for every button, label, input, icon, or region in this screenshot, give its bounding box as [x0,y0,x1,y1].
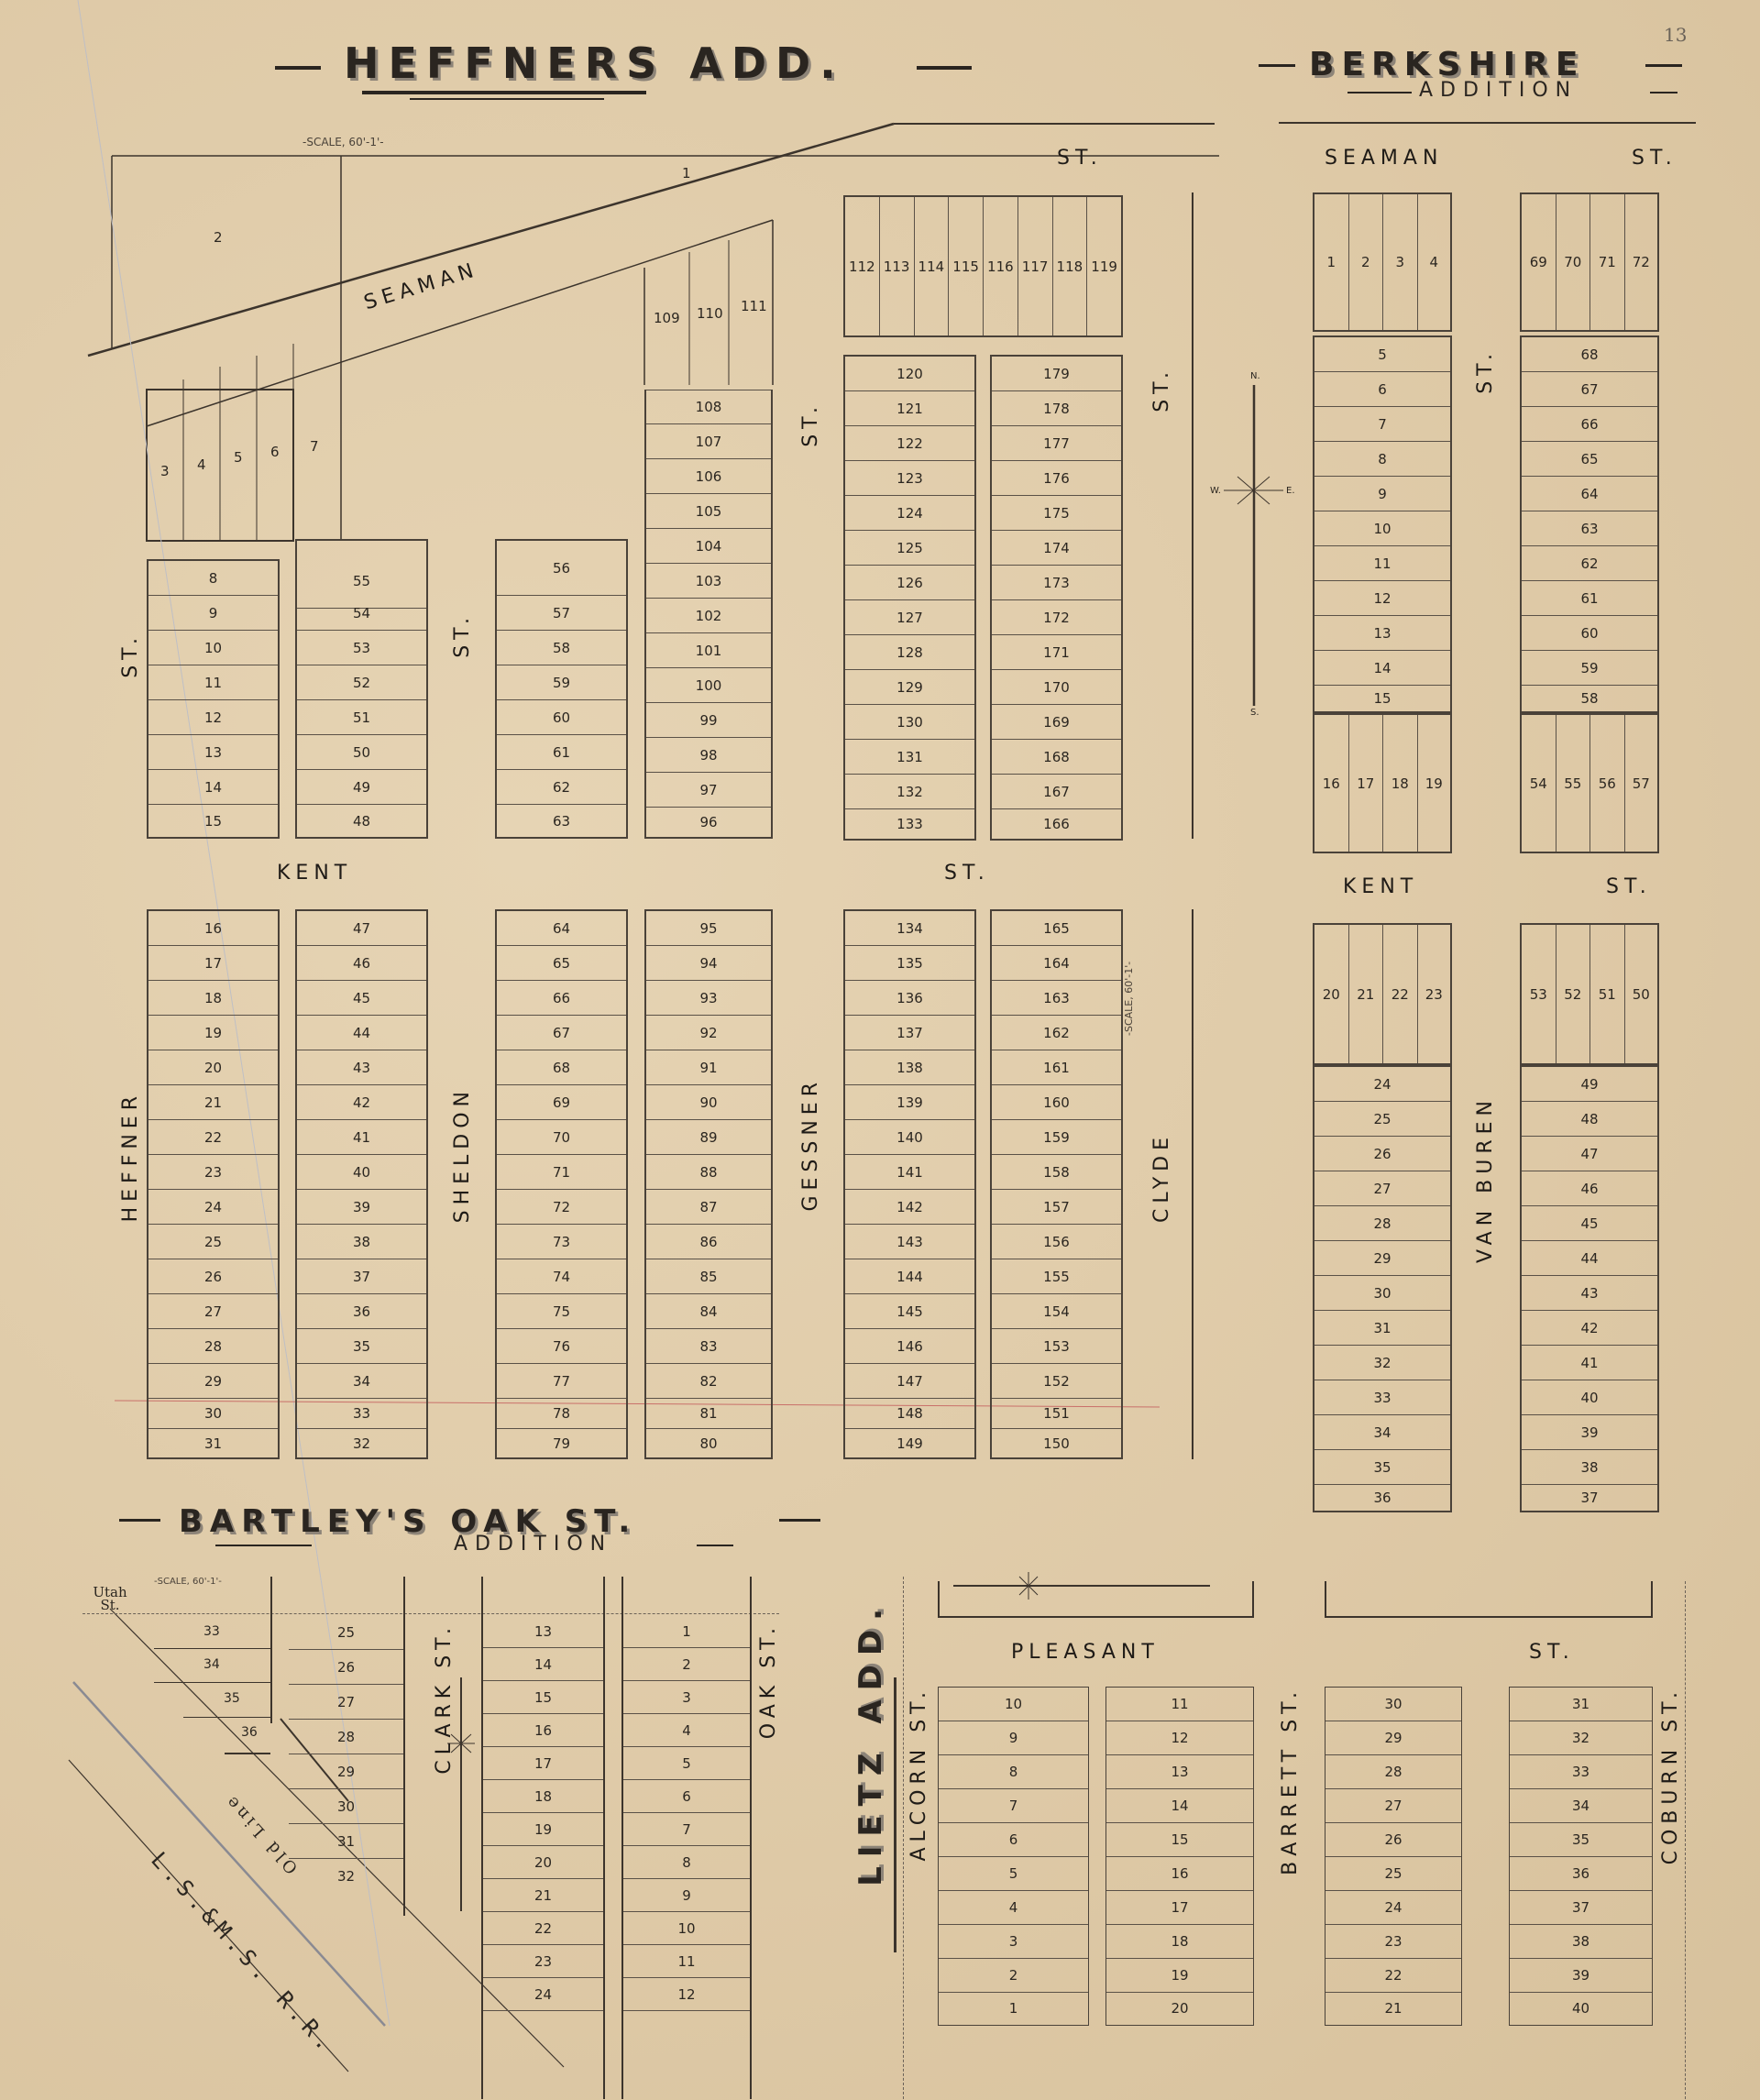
lot[interactable]: 147 [845,1364,974,1399]
lot[interactable]: 60 [497,700,626,735]
lot[interactable]: 16 [1314,715,1349,852]
lot[interactable]: 29 [148,1364,278,1399]
lot[interactable]: 149 [845,1429,974,1457]
lot[interactable]: 13 [1314,616,1450,651]
lot[interactable]: 8 [148,561,278,596]
lot-109[interactable]: 109 [654,310,680,326]
lot[interactable]: 36 [1314,1485,1450,1511]
lot[interactable]: 61 [1522,581,1657,616]
lot[interactable]: 20 [148,1050,278,1085]
lot[interactable]: 114 [915,197,950,335]
lot[interactable]: 26 [289,1650,403,1685]
lot[interactable]: 168 [992,740,1121,775]
lot[interactable]: 129 [845,670,974,705]
lot[interactable]: 86 [646,1225,771,1259]
lot[interactable]: 20 [1106,1993,1253,2024]
lot[interactable]: 10 [623,1912,750,1945]
lot[interactable]: 22 [1383,925,1418,1063]
lot[interactable]: 28 [148,1329,278,1364]
lot[interactable]: 36 [1510,1857,1652,1891]
lot[interactable]: 23 [1418,925,1451,1063]
lot[interactable]: 142 [845,1190,974,1225]
lot[interactable]: 40 [297,1155,426,1190]
lot[interactable]: 169 [992,705,1121,740]
lot[interactable]: 58 [497,631,626,665]
lot[interactable]: 118 [1053,197,1088,335]
lot[interactable]: 11 [623,1945,750,1978]
lot[interactable]: 96 [646,808,771,837]
lot[interactable]: 69 [1522,194,1556,330]
lot[interactable]: 116 [984,197,1018,335]
lot[interactable]: 35 [297,1329,426,1364]
lot[interactable]: 3 [1383,194,1418,330]
lot[interactable]: 160 [992,1085,1121,1120]
lot[interactable]: 6 [1314,372,1450,407]
lot[interactable]: 2 [939,1959,1088,1993]
lot[interactable]: 50 [1625,925,1658,1063]
lot[interactable]: 6 [623,1780,750,1813]
lot[interactable]: 74 [497,1259,626,1294]
lot[interactable]: 39 [1522,1415,1657,1450]
lot[interactable]: 75 [497,1294,626,1329]
lot[interactable]: 121 [845,391,974,426]
lot[interactable]: 30 [1325,1688,1461,1721]
lot[interactable]: 37 [1522,1485,1657,1511]
lot[interactable]: 45 [1522,1206,1657,1241]
lot[interactable]: 163 [992,981,1121,1016]
lot[interactable]: 68 [497,1050,626,1085]
lot[interactable]: 87 [646,1190,771,1225]
lot[interactable]: 8 [623,1846,750,1879]
lot[interactable]: 50 [297,735,426,770]
lot[interactable]: 79 [497,1429,626,1457]
lot[interactable]: 27 [1314,1171,1450,1206]
lot[interactable]: 122 [845,426,974,461]
lot[interactable]: 170 [992,670,1121,705]
lot[interactable]: 92 [646,1016,771,1050]
lot[interactable]: 26 [148,1259,278,1294]
lot[interactable]: 27 [148,1294,278,1329]
lot[interactable]: 66 [1522,407,1657,442]
lot[interactable]: 166 [992,809,1121,839]
lot[interactable]: 23 [483,1945,603,1978]
lot[interactable]: 65 [497,946,626,981]
lot[interactable]: 63 [1522,511,1657,546]
lot[interactable]: 172 [992,600,1121,635]
lot[interactable]: 25 [148,1225,278,1259]
lot[interactable]: 97 [646,773,771,808]
lot[interactable]: 146 [845,1329,974,1364]
lot[interactable]: 20 [1314,925,1349,1063]
lot[interactable]: 34 [1314,1415,1450,1450]
lot[interactable]: 47 [297,911,426,946]
lot[interactable]: 17 [483,1747,603,1780]
lot-111[interactable]: 111 [741,298,767,314]
lot[interactable]: 10 [1314,511,1450,546]
lot[interactable]: 14 [148,770,278,805]
lot-2[interactable]: 2 [214,229,223,246]
lot[interactable]: 77 [497,1364,626,1399]
lot[interactable]: 21 [148,1085,278,1120]
lot[interactable]: 62 [497,770,626,805]
lot[interactable]: 54 [1522,715,1556,852]
lot[interactable]: 148 [845,1399,974,1429]
lot[interactable]: 43 [297,1050,426,1085]
lot[interactable]: 1 [1314,194,1349,330]
lot[interactable]: 37 [297,1259,426,1294]
lot[interactable]: 7 [623,1813,750,1846]
lot[interactable]: 14 [483,1648,603,1681]
lot[interactable]: 52 [297,665,426,700]
lot[interactable]: 23 [148,1155,278,1190]
lot[interactable]: 27 [1325,1789,1461,1823]
lot[interactable]: 43 [1522,1276,1657,1311]
lot[interactable]: 102 [646,599,771,633]
lot[interactable]: 108 [646,390,771,424]
lot[interactable]: 38 [297,1225,426,1259]
lot[interactable]: 57 [1625,715,1658,852]
lot[interactable]: 53 [297,631,426,665]
lot-3[interactable]: 3 [160,463,170,479]
lot[interactable]: 32 [1314,1346,1450,1380]
lot[interactable]: 9 [939,1721,1088,1755]
lot[interactable]: 26 [1325,1823,1461,1857]
lot[interactable]: 30 [148,1399,278,1429]
lot[interactable]: 9 [148,596,278,631]
lot[interactable]: 101 [646,633,771,668]
lot[interactable]: 133 [845,809,974,839]
lot[interactable]: 33 [1510,1755,1652,1789]
lot[interactable]: 106 [646,459,771,494]
lot[interactable]: 62 [1522,546,1657,581]
lot[interactable]: 157 [992,1190,1121,1225]
lot[interactable]: 164 [992,946,1121,981]
lot[interactable]: 22 [1325,1959,1461,1993]
lot[interactable]: 46 [297,946,426,981]
lot[interactable]: 93 [646,981,771,1016]
lot[interactable]: 24 [1325,1891,1461,1925]
lot[interactable]: 138 [845,1050,974,1085]
lot[interactable]: 80 [646,1429,771,1457]
lot[interactable]: 16 [1106,1857,1253,1891]
lot[interactable]: 12 [148,700,278,735]
lot[interactable]: 83 [646,1329,771,1364]
lot[interactable]: 56 [1590,715,1625,852]
lot[interactable]: 38 [1510,1925,1652,1959]
lot[interactable]: 27 [289,1685,403,1720]
lot-34[interactable]: 34 [203,1657,220,1672]
lot[interactable]: 11 [1106,1688,1253,1721]
lot[interactable]: 41 [297,1120,426,1155]
lot[interactable]: 2 [623,1648,750,1681]
lot[interactable]: 115 [949,197,984,335]
lot[interactable]: 134 [845,911,974,946]
lot[interactable]: 42 [297,1085,426,1120]
lot[interactable]: 49 [1522,1067,1657,1102]
lot[interactable]: 38 [1522,1450,1657,1485]
lot[interactable]: 21 [1349,925,1384,1063]
lot[interactable]: 72 [497,1190,626,1225]
lot[interactable]: 88 [646,1155,771,1190]
lot[interactable]: 95 [646,911,771,946]
lot[interactable]: 31 [1314,1311,1450,1346]
lot[interactable]: 4 [623,1714,750,1747]
lot[interactable]: 103 [646,564,771,599]
lot[interactable]: 39 [1510,1959,1652,1993]
lot[interactable]: 167 [992,775,1121,809]
lot[interactable]: 117 [1018,197,1053,335]
lot[interactable]: 94 [646,946,771,981]
lot[interactable]: 18 [1106,1925,1253,1959]
lot[interactable]: 49 [297,770,426,805]
lot[interactable]: 34 [1510,1789,1652,1823]
lot[interactable]: 30 [289,1789,403,1824]
lot[interactable]: 59 [497,665,626,700]
lot[interactable]: 23 [1325,1925,1461,1959]
lot[interactable]: 132 [845,775,974,809]
lot[interactable]: 84 [646,1294,771,1329]
lot[interactable]: 98 [646,738,771,773]
lot[interactable]: 13 [1106,1755,1253,1789]
lot[interactable]: 123 [845,461,974,496]
lot[interactable]: 150 [992,1429,1121,1457]
lot[interactable]: 91 [646,1050,771,1085]
lot[interactable]: 173 [992,566,1121,600]
lot[interactable]: 140 [845,1120,974,1155]
lot[interactable]: 124 [845,496,974,531]
lot-1[interactable]: 1 [682,165,691,181]
lot[interactable]: 51 [297,700,426,735]
lot[interactable]: 42 [1522,1311,1657,1346]
lot[interactable]: 21 [483,1879,603,1912]
lot[interactable]: 4 [1418,194,1451,330]
lot-110[interactable]: 110 [697,305,723,322]
lot[interactable]: 45 [297,981,426,1016]
lot[interactable]: 10 [939,1688,1088,1721]
lot[interactable]: 15 [148,805,278,838]
lot[interactable]: 14 [1314,651,1450,686]
lot[interactable]: 9 [623,1879,750,1912]
lot[interactable]: 1 [939,1993,1088,2024]
lot[interactable]: 61 [497,735,626,770]
lot[interactable]: 128 [845,635,974,670]
lot[interactable]: 2 [1349,194,1384,330]
lot[interactable]: 10 [148,631,278,665]
lot[interactable]: 67 [1522,372,1657,407]
lot[interactable]: 22 [483,1912,603,1945]
lot[interactable]: 126 [845,566,974,600]
lot[interactable]: 69 [497,1085,626,1120]
lot[interactable]: 13 [148,735,278,770]
lot[interactable]: 5 [1314,337,1450,372]
lot[interactable]: 155 [992,1259,1121,1294]
lot[interactable]: 141 [845,1155,974,1190]
lot[interactable]: 25 [1325,1857,1461,1891]
lot[interactable]: 7 [939,1789,1088,1823]
lot[interactable]: 28 [289,1720,403,1754]
lot[interactable]: 54 [297,596,426,631]
lot[interactable]: 7 [1314,407,1450,442]
lot[interactable]: 100 [646,668,771,703]
lot[interactable]: 24 [483,1978,603,2011]
lot[interactable]: 59 [1522,651,1657,686]
lot-33[interactable]: 33 [203,1624,220,1639]
lot[interactable]: 107 [646,424,771,459]
lot[interactable]: 8 [1314,442,1450,477]
lot[interactable]: 72 [1625,194,1658,330]
lot[interactable]: 131 [845,740,974,775]
lot[interactable]: 40 [1510,1993,1652,2024]
lot[interactable]: 19 [483,1813,603,1846]
lot-7[interactable]: 7 [310,438,319,455]
lot[interactable]: 34 [297,1364,426,1399]
lot[interactable]: 36 [297,1294,426,1329]
lot[interactable]: 24 [148,1190,278,1225]
lot[interactable]: 53 [1522,925,1556,1063]
lot[interactable]: 4 [939,1891,1088,1925]
lot[interactable]: 21 [1325,1993,1461,2024]
lot[interactable]: 179 [992,357,1121,391]
lot[interactable]: 13 [483,1615,603,1648]
lot[interactable]: 71 [1590,194,1625,330]
lot[interactable]: 19 [1106,1959,1253,1993]
lot[interactable]: 32 [1510,1721,1652,1755]
lot[interactable]: 139 [845,1085,974,1120]
lot[interactable]: 18 [483,1780,603,1813]
lot[interactable]: 125 [845,531,974,566]
lot[interactable]: 11 [1314,546,1450,581]
lot[interactable]: 12 [623,1978,750,2011]
lot[interactable]: 178 [992,391,1121,426]
lot[interactable]: 162 [992,1016,1121,1050]
lot[interactable]: 3 [623,1681,750,1714]
lot[interactable]: 19 [1418,715,1451,852]
lot[interactable]: 3 [939,1925,1088,1959]
lot[interactable]: 130 [845,705,974,740]
lot[interactable]: 17 [1349,715,1384,852]
lot[interactable]: 30 [1314,1276,1450,1311]
lot[interactable]: 90 [646,1085,771,1120]
lot[interactable]: 6 [939,1823,1088,1857]
lot[interactable]: 16 [483,1714,603,1747]
lot[interactable]: 19 [148,1016,278,1050]
lot[interactable]: 58 [1522,686,1657,711]
lot[interactable]: 18 [1383,715,1418,852]
lot[interactable]: 44 [297,1016,426,1050]
lot-5[interactable]: 5 [234,449,243,466]
lot[interactable]: 63 [497,805,626,838]
lot[interactable]: 99 [646,703,771,738]
lot[interactable]: 104 [646,529,771,564]
lot[interactable]: 9 [1314,477,1450,511]
lot[interactable]: 14 [1106,1789,1253,1823]
lot[interactable]: 8 [939,1755,1088,1789]
lot-6[interactable]: 6 [270,444,280,460]
lot[interactable]: 29 [1325,1721,1461,1755]
lot[interactable]: 11 [148,665,278,700]
lot[interactable]: 82 [646,1364,771,1399]
lot[interactable]: 171 [992,635,1121,670]
lot[interactable]: 31 [148,1429,278,1457]
lot[interactable]: 165 [992,911,1121,946]
lot[interactable]: 51 [1590,925,1625,1063]
lot[interactable]: 48 [297,805,426,838]
lot[interactable]: 18 [148,981,278,1016]
lot[interactable]: 35 [1314,1450,1450,1485]
lot[interactable]: 89 [646,1120,771,1155]
lot[interactable]: 31 [289,1824,403,1859]
lot[interactable]: 15 [1314,686,1450,711]
lot[interactable]: 48 [1522,1102,1657,1137]
lot[interactable]: 35 [1510,1823,1652,1857]
lot[interactable]: 161 [992,1050,1121,1085]
lot[interactable]: 25 [289,1615,403,1650]
lot[interactable]: 29 [1314,1241,1450,1276]
lot[interactable]: 16 [148,911,278,946]
lot[interactable]: 31 [1510,1688,1652,1721]
lot[interactable]: 46 [1522,1171,1657,1206]
lot[interactable]: 29 [289,1754,403,1789]
lot[interactable]: 127 [845,600,974,635]
lot[interactable]: 12 [1314,581,1450,616]
lot[interactable]: 65 [1522,442,1657,477]
lot[interactable]: 55 [1556,715,1591,852]
lot[interactable]: 17 [1106,1891,1253,1925]
lot[interactable]: 44 [1522,1241,1657,1276]
lot[interactable]: 105 [646,494,771,529]
lot[interactable]: 177 [992,426,1121,461]
lot-36[interactable]: 36 [241,1725,258,1740]
lot[interactable]: 153 [992,1329,1121,1364]
lot[interactable]: 71 [497,1155,626,1190]
lot[interactable]: 28 [1314,1206,1450,1241]
lot[interactable]: 24 [1314,1067,1450,1102]
lot[interactable]: 159 [992,1120,1121,1155]
lot[interactable]: 66 [497,981,626,1016]
lot-35[interactable]: 35 [224,1691,240,1706]
lot[interactable]: 176 [992,461,1121,496]
lot[interactable]: 135 [845,946,974,981]
lot[interactable]: 175 [992,496,1121,531]
lot[interactable]: 52 [1556,925,1591,1063]
lot[interactable]: 25 [1314,1102,1450,1137]
lot[interactable]: 26 [1314,1137,1450,1171]
lot[interactable]: 28 [1325,1755,1461,1789]
lot[interactable]: 120 [845,357,974,391]
lot[interactable]: 57 [497,596,626,631]
lot[interactable]: 144 [845,1259,974,1294]
lot[interactable]: 64 [497,911,626,946]
lot[interactable]: 1 [623,1615,750,1648]
lot[interactable]: 145 [845,1294,974,1329]
lot[interactable]: 143 [845,1225,974,1259]
lot[interactable]: 15 [483,1681,603,1714]
lot[interactable]: 20 [483,1846,603,1879]
lot[interactable]: 60 [1522,616,1657,651]
lot[interactable]: 64 [1522,477,1657,511]
lot[interactable]: 136 [845,981,974,1016]
lot[interactable]: 154 [992,1294,1121,1329]
lot[interactable]: 76 [497,1329,626,1364]
lot[interactable]: 15 [1106,1823,1253,1857]
lot[interactable]: 152 [992,1364,1121,1399]
lot[interactable]: 56 [497,541,626,596]
lot[interactable]: 5 [623,1747,750,1780]
lot-4[interactable]: 4 [197,456,206,473]
lot[interactable]: 41 [1522,1346,1657,1380]
lot[interactable]: 40 [1522,1380,1657,1415]
lot[interactable]: 32 [289,1859,403,1894]
